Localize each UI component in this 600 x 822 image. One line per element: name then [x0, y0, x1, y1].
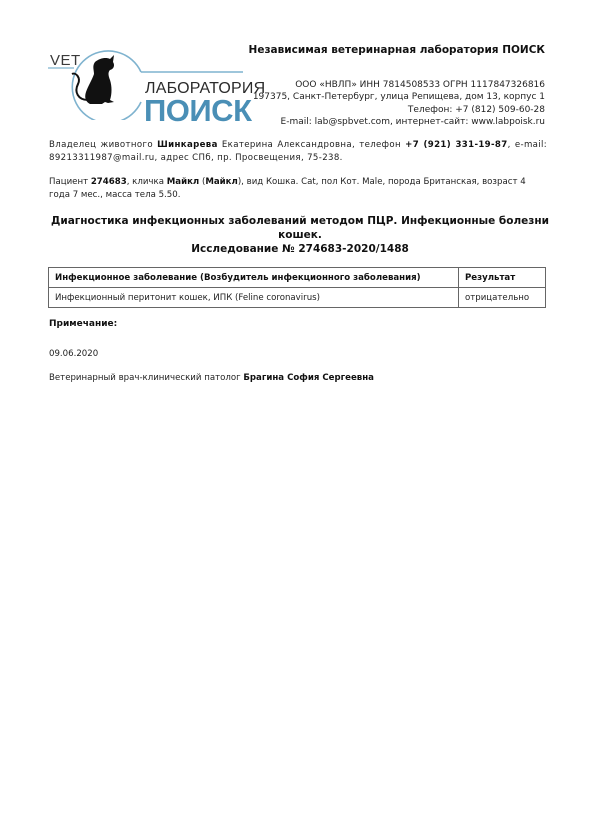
patient-id: 274683: [91, 177, 127, 187]
results-table: Инфекционное заболевание (Возбудитель ин…: [48, 267, 546, 308]
lab-header-info: Независимая ветеринарная лаборатория ПОИ…: [249, 44, 545, 129]
company-line: ООО «НВЛП» ИНН 7814508533 ОГРН 111784732…: [249, 79, 545, 92]
note-label: Примечание:: [49, 319, 117, 329]
contacts-line: E-mail: lab@spbvet.com, интернет-сайт: w…: [249, 116, 545, 129]
owner-phone: +7 (921) 331-19-87: [405, 140, 507, 150]
lab-name: Независимая ветеринарная лаборатория ПОИ…: [249, 44, 545, 57]
study-number: Исследование № 274683-2020/1488: [40, 242, 560, 256]
phone-line: Телефон: +7 (812) 509-60-28: [249, 104, 545, 117]
header-result: Результат: [459, 268, 546, 288]
owner-label: Владелец животного: [49, 140, 153, 150]
address-line: 197375, Санкт-Петербург, улица Репищева,…: [249, 91, 545, 104]
patient-nickname: Майкл: [167, 177, 200, 187]
doctor-name: Брагина София Сергеевна: [243, 373, 374, 383]
owner-name: Екатерина Александровна, телефон: [222, 140, 401, 150]
logo-brand-text: ПОИСК: [144, 95, 251, 126]
study-title: Диагностика инфекционных заболеваний мет…: [40, 214, 560, 256]
cell-result: отрицательно: [459, 288, 546, 308]
owner-info: Владелец животного Шинкарева Екатерина А…: [49, 139, 547, 165]
study-title-line1: Диагностика инфекционных заболеваний мет…: [40, 214, 560, 242]
lab-logo: VET ЛАБОРАТОРИЯ ПОИСК: [48, 42, 278, 120]
patient-nickname-alt: Майкл: [205, 177, 238, 187]
lab-report-page: VET ЛАБОРАТОРИЯ ПОИСК Независимая ветери…: [0, 0, 600, 822]
owner-surname: Шинкарева: [157, 140, 218, 150]
header-disease: Инфекционное заболевание (Возбудитель ин…: [49, 268, 459, 288]
cell-disease: Инфекционный перитонит кошек, ИПК (Felin…: [49, 288, 459, 308]
doctor-title: Ветеринарный врач-клинический патолог: [49, 373, 241, 383]
patient-label: Пациент: [49, 177, 88, 187]
report-date: 09.06.2020: [49, 349, 98, 359]
logo-vet-text: VET: [50, 52, 81, 69]
doctor-signature: Ветеринарный врач-клинический патолог Бр…: [49, 373, 374, 383]
table-row: Инфекционный перитонит кошек, ИПК (Felin…: [49, 288, 546, 308]
patient-info: Пациент 274683, кличка Майкл (Майкл), ви…: [49, 176, 547, 202]
table-header-row: Инфекционное заболевание (Возбудитель ин…: [49, 268, 546, 288]
patient-nickname-label: , кличка: [127, 177, 164, 187]
